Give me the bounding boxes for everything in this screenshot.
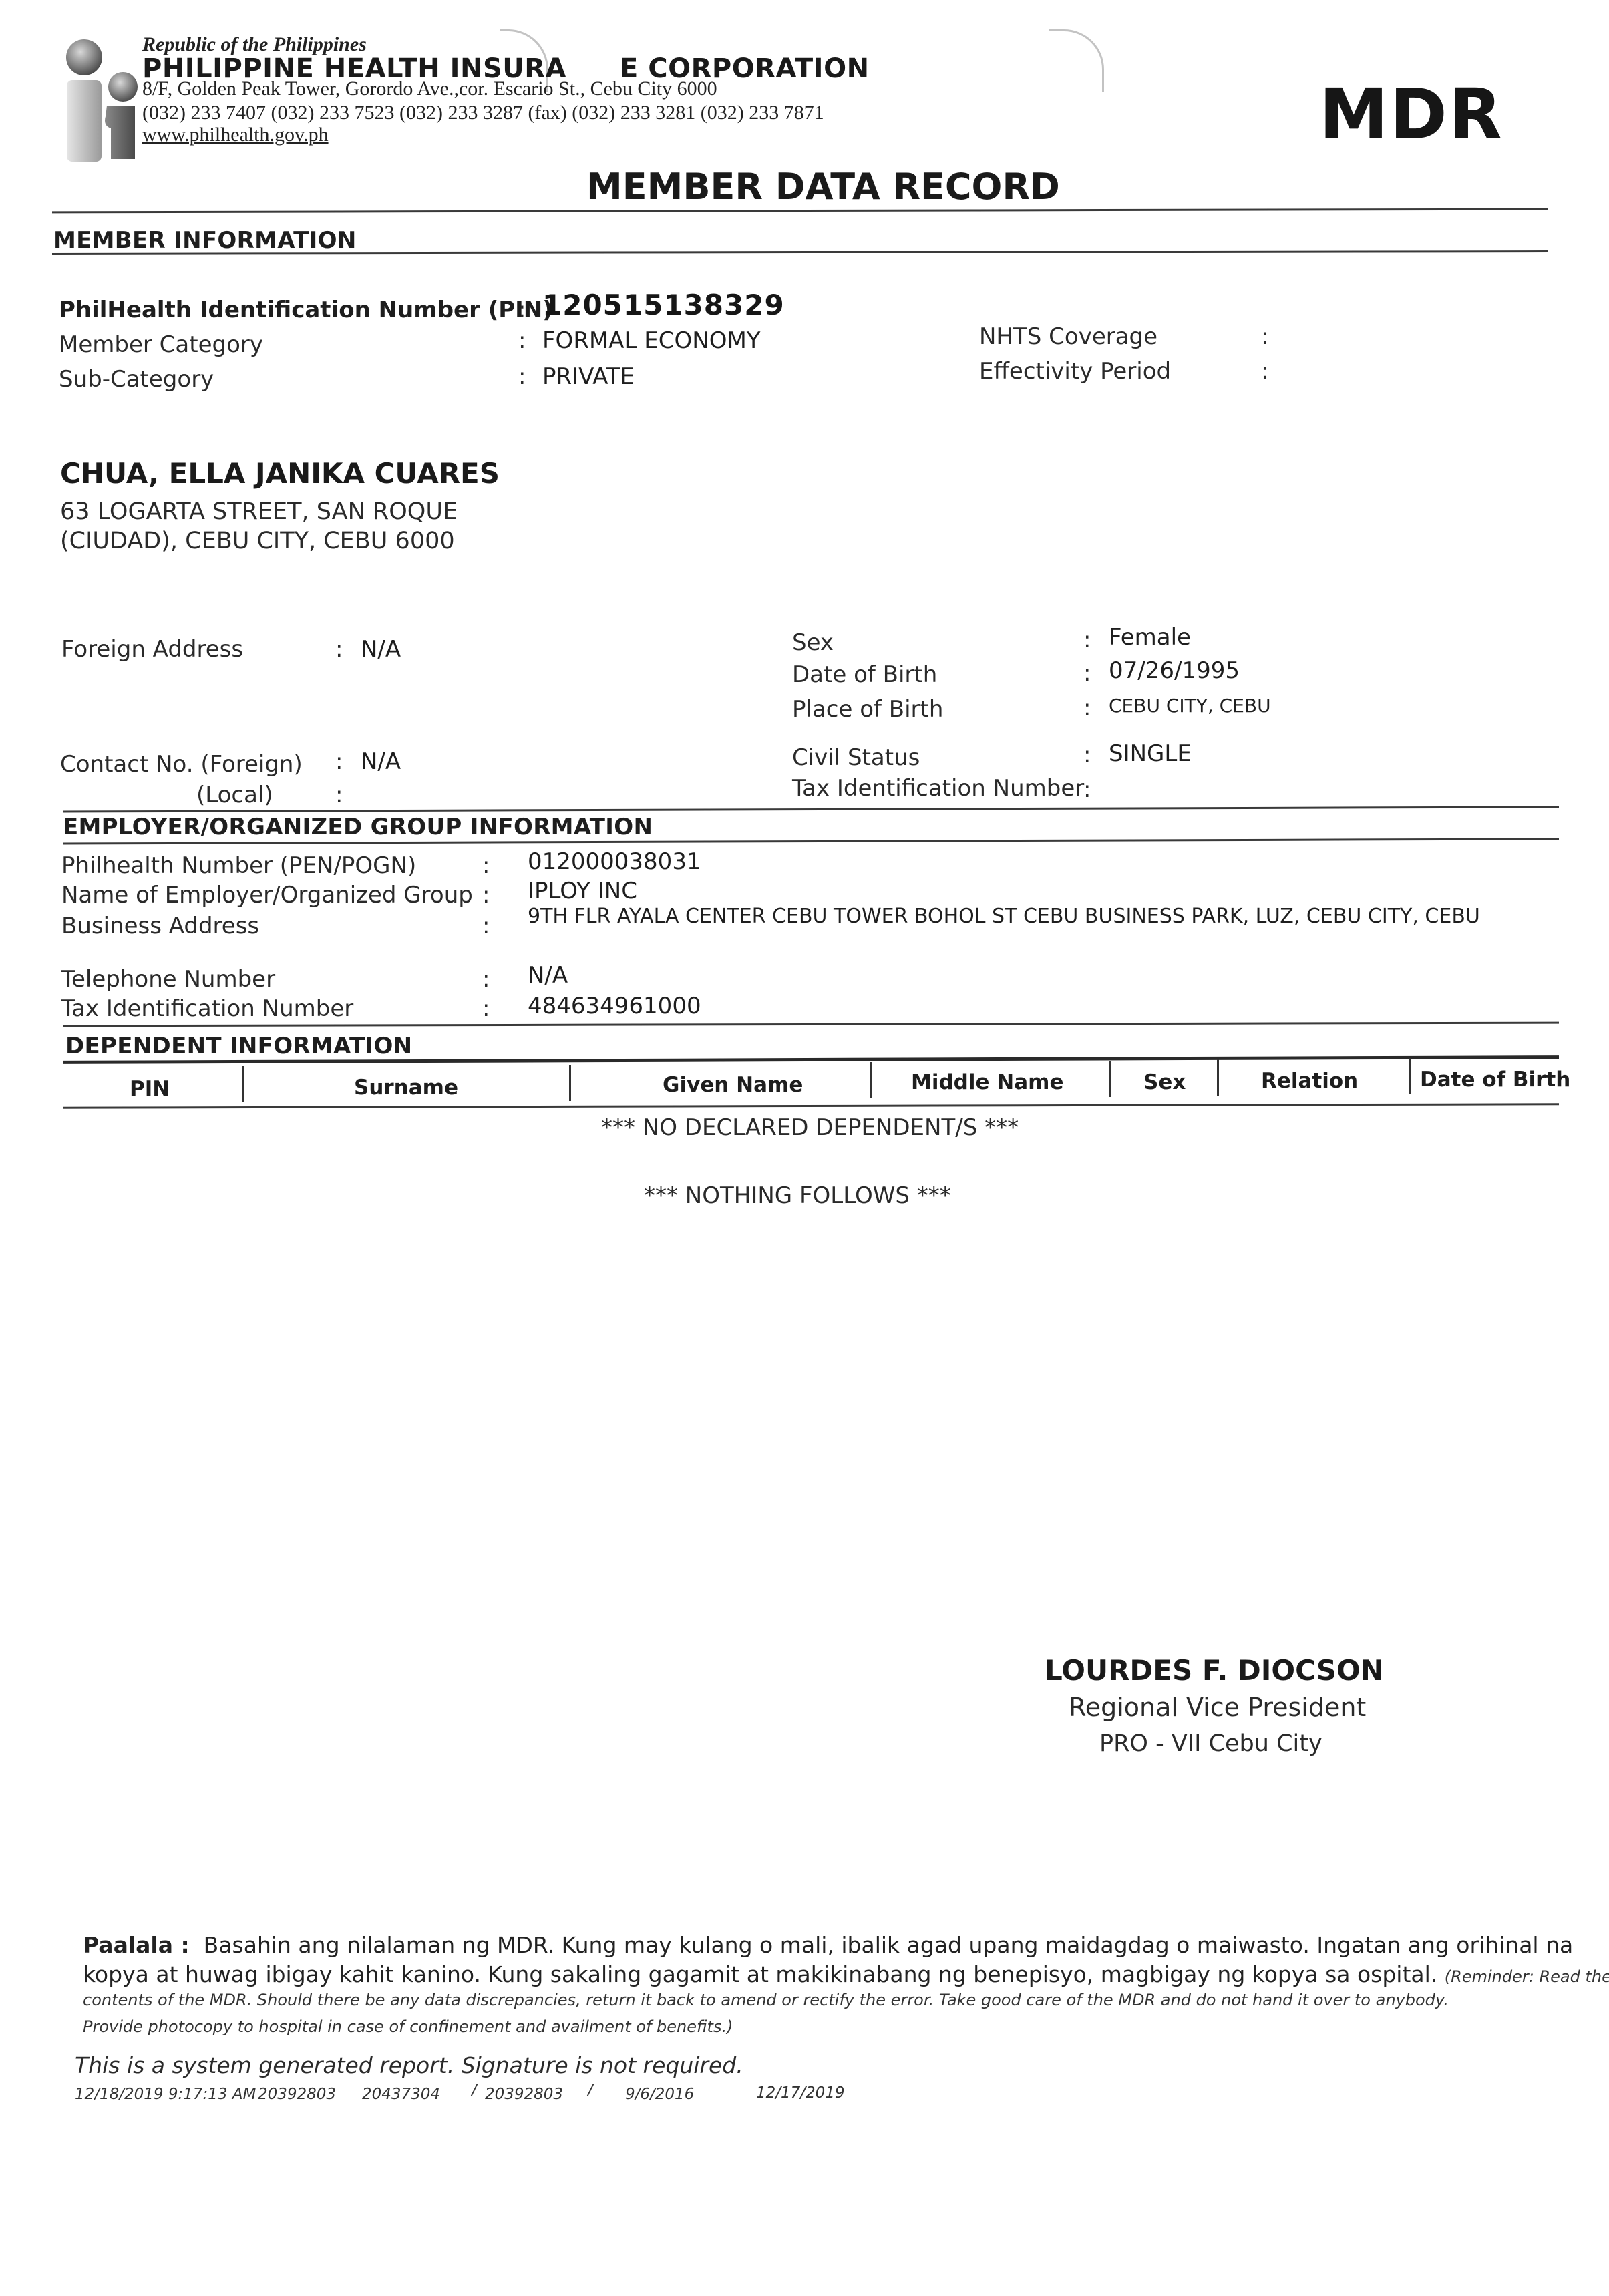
- column-divider: [870, 1062, 872, 1098]
- dob-label: Date of Birth: [792, 661, 937, 688]
- reminder-line1: Paalala : Basahin ang nilalaman ng MDR. …: [83, 1931, 1573, 1960]
- government-label: Republic of the Philippines: [142, 33, 367, 56]
- stamp-id: 20392803: [485, 2086, 563, 2103]
- column-header-given-name: Given Name: [663, 1073, 803, 1097]
- signatory-title: Regional Vice President: [1069, 1693, 1366, 1722]
- separator: :: [335, 636, 343, 663]
- separator: :: [335, 748, 343, 775]
- pob-label: Place of Birth: [792, 696, 943, 723]
- separator: :: [518, 297, 526, 323]
- column-header-date-of-birth: Date of Birth: [1420, 1068, 1570, 1092]
- divider: [52, 208, 1548, 214]
- member-civil-status: SINGLE: [1109, 740, 1192, 767]
- table-bottom-border: [63, 1103, 1559, 1108]
- member-category-label: Member Category: [59, 331, 263, 358]
- member-category: FORMAL ECONOMY: [542, 327, 761, 354]
- separator: :: [518, 327, 526, 354]
- stamp-id: 20392803: [258, 2086, 336, 2103]
- member-pin: 120515138329: [542, 289, 785, 321]
- pen-label: Philhealth Number (PEN/POGN): [61, 852, 416, 879]
- effectivity-period-label: Effectivity Period: [979, 358, 1171, 385]
- separator: :: [335, 782, 343, 808]
- reminder-text: kopya at huwag ibigay kahit kanino. Kung…: [83, 1961, 1437, 1987]
- stamp-date: 9/6/2016: [625, 2086, 694, 2103]
- business-address-label: Business Address: [61, 913, 259, 939]
- page-title: MEMBER DATA RECORD: [586, 166, 1060, 208]
- separator: :: [482, 852, 490, 879]
- stamp-date: 12/17/2019: [756, 2084, 845, 2102]
- employer-pen: 012000038031: [528, 848, 701, 875]
- column-header-middle-name: Middle Name: [911, 1070, 1064, 1094]
- organization-website-link[interactable]: www.philhealth.gov.ph: [142, 124, 329, 146]
- member-sex: Female: [1109, 624, 1191, 651]
- philhealth-logo-icon: [64, 39, 151, 166]
- employer-name-label: Name of Employer/Organized Group: [61, 882, 473, 909]
- contact-local-label: (Local): [196, 782, 273, 808]
- foreign-address: N/A: [361, 636, 401, 663]
- member-dob: 07/26/1995: [1109, 657, 1240, 684]
- separator: :: [1083, 660, 1091, 687]
- column-divider: [569, 1065, 571, 1101]
- sub-category: PRIVATE: [542, 363, 635, 390]
- separator: :: [1083, 627, 1091, 653]
- sex-label: Sex: [792, 629, 834, 656]
- signatory-name: LOURDES F. DIOCSON: [1045, 1654, 1384, 1687]
- section-title-dependent: DEPENDENT INFORMATION: [65, 1033, 412, 1059]
- member-name: CHUA, ELLA JANIKA CUARES: [60, 457, 500, 490]
- separator: :: [482, 966, 490, 993]
- separator: :: [482, 913, 490, 939]
- telephone-label: Telephone Number: [61, 966, 275, 993]
- reminder-line2: kopya at huwag ibigay kahit kanino. Kung…: [83, 1960, 1609, 1991]
- member-pob: CEBU CITY, CEBU: [1109, 695, 1271, 717]
- foreign-address-label: Foreign Address: [61, 636, 243, 663]
- civil-status-label: Civil Status: [792, 744, 920, 771]
- separator: :: [482, 882, 490, 909]
- separator: :: [1261, 358, 1268, 385]
- scan-artifact: [1049, 29, 1104, 92]
- sub-category-label: Sub-Category: [59, 366, 214, 393]
- reminder-english: (Reminder: Read the: [1445, 1967, 1609, 1986]
- employer-tin-label: Tax Identification Number: [61, 995, 353, 1022]
- member-tin-label: Tax Identification Number: [792, 775, 1084, 802]
- employer-name: IPLOY INC: [528, 878, 637, 905]
- member-address-line1: 63 LOGARTA STREET, SAN ROQUE: [60, 498, 458, 525]
- separator: :: [1083, 742, 1091, 768]
- column-header-relation: Relation: [1261, 1069, 1358, 1093]
- reminder-label: Paalala :: [83, 1932, 190, 1958]
- column-header-surname: Surname: [354, 1076, 458, 1100]
- column-divider: [1409, 1058, 1411, 1094]
- nothing-follows-message: *** NOTHING FOLLOWS ***: [644, 1182, 951, 1209]
- divider: [63, 806, 1559, 812]
- system-generated-note: This is a system generated report. Signa…: [75, 2052, 743, 2078]
- printed-datetime: 12/18/2019 9:17:13 AM: [75, 2086, 256, 2103]
- divider: [63, 1022, 1559, 1027]
- separator: :: [1083, 695, 1091, 721]
- reminder-english-line3: Provide photocopy to hospital in case of…: [83, 2017, 733, 2036]
- pin-label: PhilHealth Identification Number (PIN): [59, 297, 553, 323]
- employer-tin: 484634961000: [528, 993, 701, 1019]
- reminder-text: Basahin ang nilalaman ng MDR. Kung may k…: [204, 1932, 1574, 1958]
- column-divider: [242, 1066, 244, 1102]
- separator: :: [1261, 323, 1268, 350]
- reminder-english-line2: contents of the MDR. Should there be any…: [83, 1991, 1449, 2009]
- column-header-pin: PIN: [130, 1077, 170, 1101]
- nhts-coverage-label: NHTS Coverage: [979, 323, 1157, 350]
- stamp-separator: /: [472, 2082, 477, 2099]
- no-dependents-message: *** NO DECLARED DEPENDENT/S ***: [601, 1114, 1019, 1141]
- organization-phones: (032) 233 7407 (032) 233 7523 (032) 233 …: [142, 102, 824, 124]
- stamp-id: 20437304: [362, 2086, 440, 2103]
- section-title-member: MEMBER INFORMATION: [53, 227, 357, 254]
- section-title-employer: EMPLOYER/ORGANIZED GROUP INFORMATION: [63, 814, 653, 840]
- member-address-line2: (CIUDAD), CEBU CITY, CEBU 6000: [60, 528, 455, 554]
- contact-foreign: N/A: [361, 748, 401, 775]
- separator: :: [482, 995, 490, 1022]
- separator: :: [518, 363, 526, 390]
- column-divider: [1109, 1061, 1111, 1097]
- business-address: 9TH FLR AYALA CENTER CEBU TOWER BOHOL ST…: [528, 905, 1480, 928]
- stamp-separator: /: [588, 2082, 593, 2099]
- signatory-office: PRO - VII Cebu City: [1099, 1730, 1322, 1757]
- column-divider: [1217, 1059, 1219, 1096]
- contact-foreign-label: Contact No. (Foreign): [60, 751, 303, 778]
- organization-address: 8/F, Golden Peak Tower, Gorordo Ave.,cor…: [142, 77, 717, 100]
- column-header-sex: Sex: [1143, 1070, 1186, 1094]
- employer-telephone: N/A: [528, 962, 568, 989]
- document-code: MDR: [1319, 73, 1503, 155]
- separator: :: [1083, 776, 1091, 803]
